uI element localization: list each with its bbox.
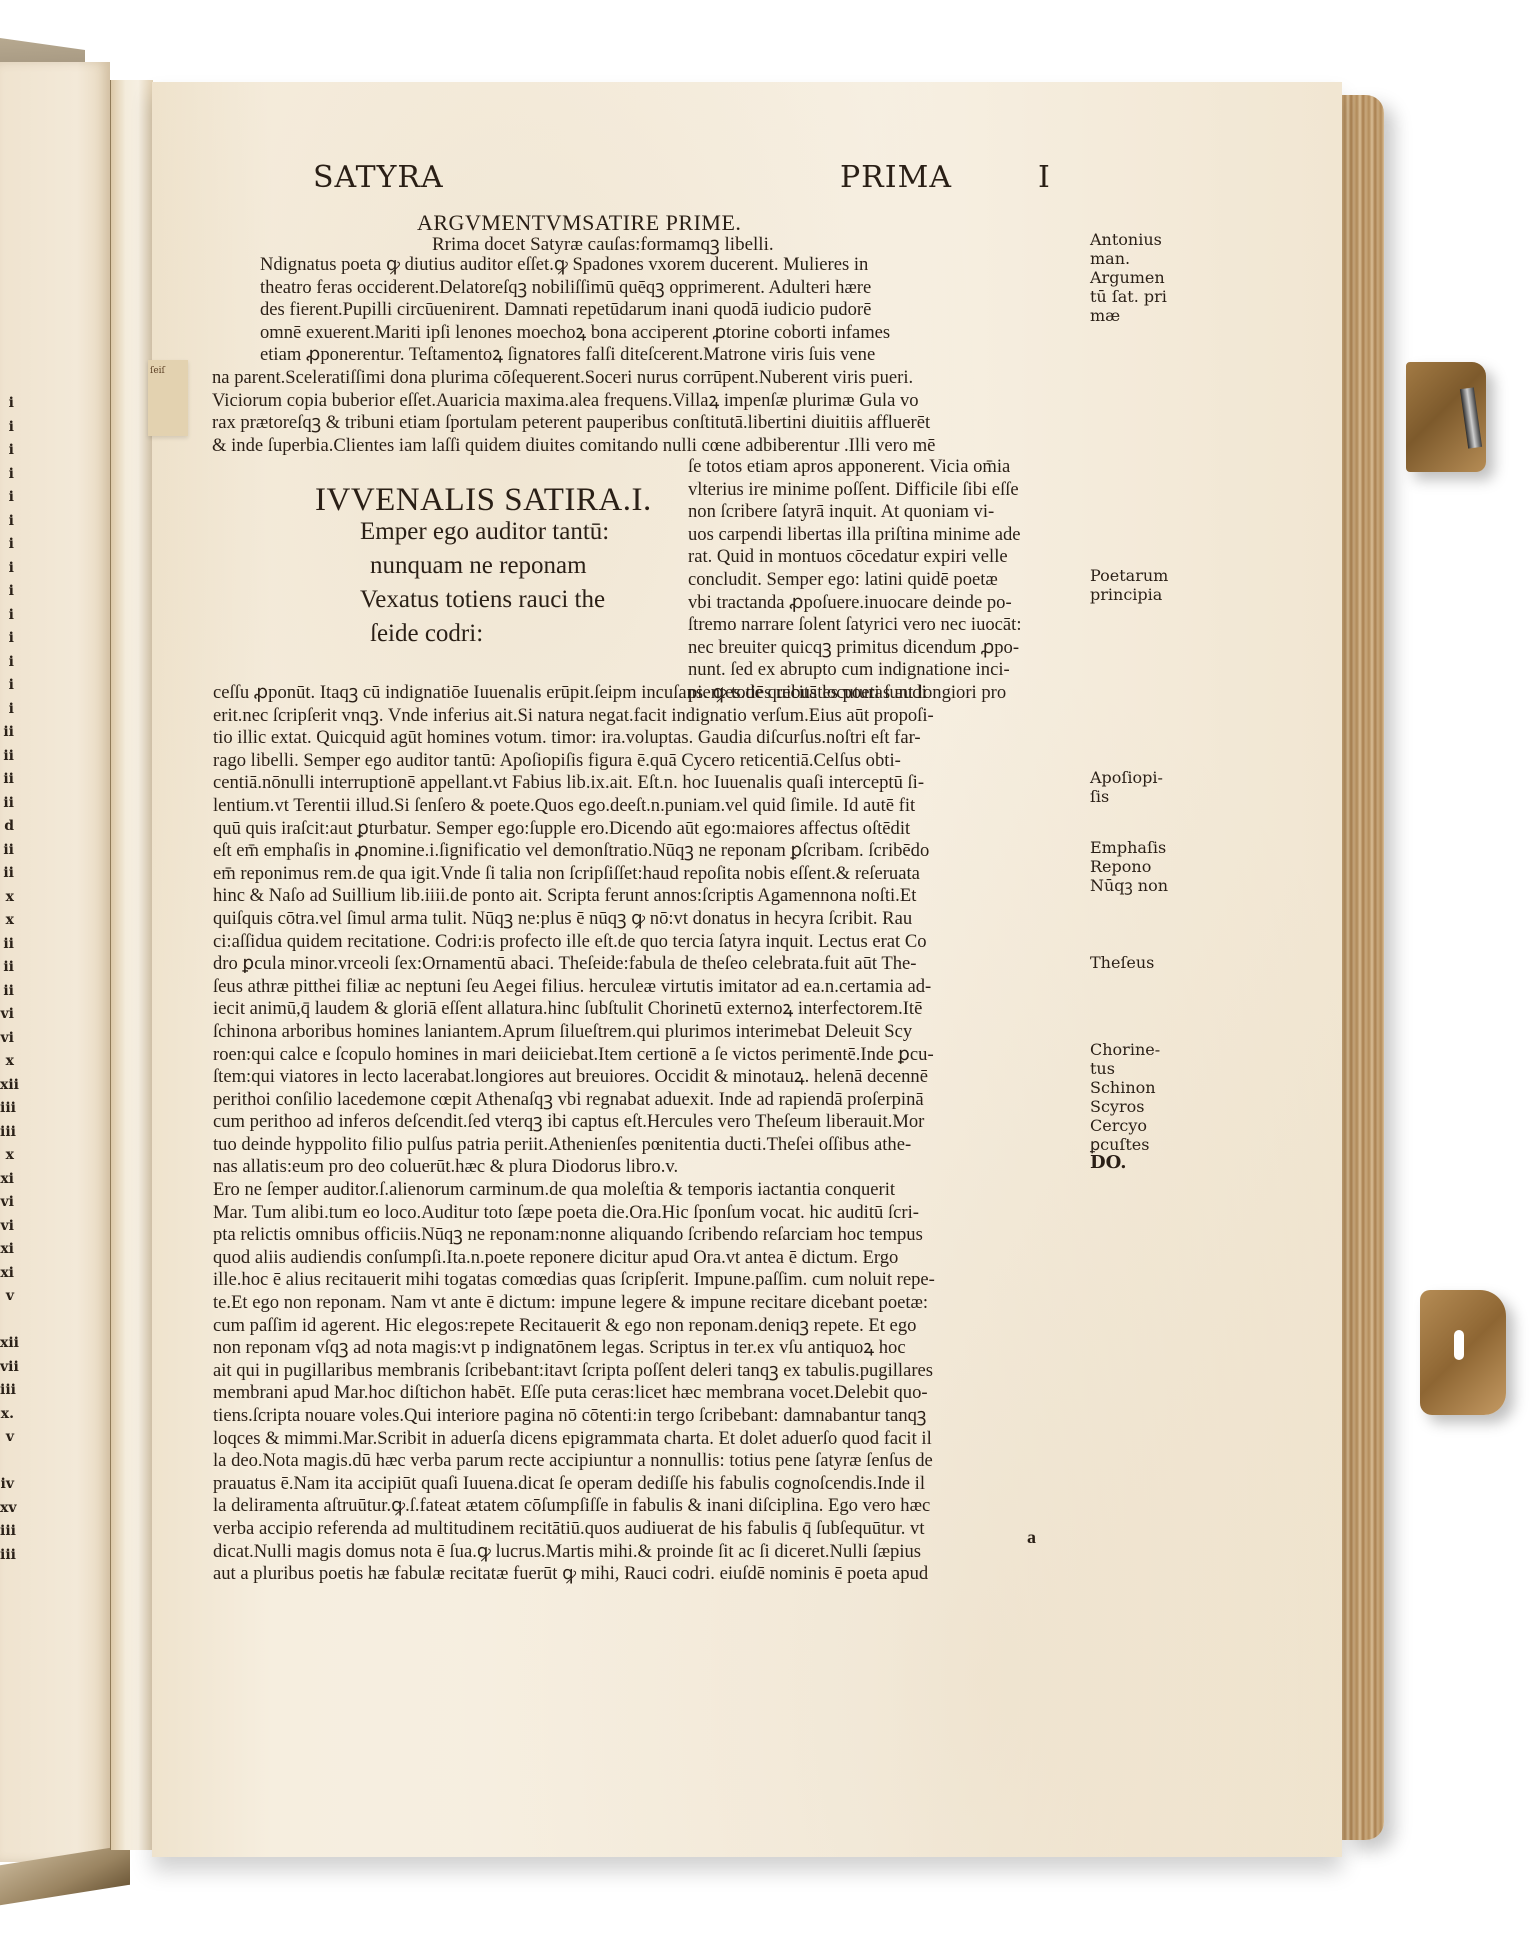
verse-text: Emper ego auditor tantū: nunquam ne repo…: [360, 515, 609, 651]
text-line: pta relictis omnibus officiis.Nūqꝫ ne re…: [213, 1224, 935, 1247]
left-margin-numeral: xv: [0, 1497, 14, 1521]
gutter-strip: [110, 80, 153, 1850]
left-margin-numeral: v: [0, 1426, 14, 1450]
verse-line: Emper ego auditor tantū:: [360, 515, 609, 549]
left-margin-numeral: i: [0, 439, 14, 463]
gutter-label-text: ſeiſ: [148, 360, 188, 382]
left-margin-numeral: i: [0, 510, 14, 534]
book-photograph: iiiiiiiiiiiiiiiiiiiiiidiiiixxiiiiiivivix…: [0, 0, 1536, 1950]
text-line: etiam ꝓponerentur. Teſtamentoꝝ ſignatore…: [260, 344, 935, 367]
left-margin-numeral: xii: [0, 1074, 14, 1098]
left-margin-numeral: xi: [0, 1168, 14, 1192]
clasp-bottom: [1420, 1290, 1506, 1415]
text-line: quod aliis audiendis conſumpſi.Ita.n.poe…: [213, 1247, 935, 1270]
left-margin-numeral: vi: [0, 1027, 14, 1051]
marginal-note-line: principia: [1090, 585, 1168, 604]
left-margin-numeral: vii: [0, 1356, 14, 1380]
marginal-note-line: Argumen: [1090, 268, 1167, 287]
left-margin-numeral: vi: [0, 1003, 14, 1027]
left-margin-numeral: i: [0, 463, 14, 487]
text-line: tio illic extat. Quicquid agūt homines v…: [213, 727, 935, 750]
text-line: tiens.ſcripta nouare voles.Qui interiore…: [213, 1405, 935, 1428]
marginal-note-line: Nūqꝫ non: [1090, 876, 1168, 895]
left-page-margin-numerals: iiiiiiiiiiiiiiiiiiiiiidiiiixxiiiiiivivix…: [0, 392, 14, 1567]
text-line: & inde ſuperbia.Clientes iam laſſi quide…: [212, 435, 935, 458]
text-line: dro ꝑcula minor.vrceoli ſex:Ornamentū ab…: [213, 953, 935, 976]
text-line: nas allatis:eum pro deo coluerūt.hæc & p…: [213, 1156, 935, 1179]
text-line: roen:qui calce e ſcopulo homines in mari…: [213, 1044, 935, 1067]
text-line: hinc & Naſo ad Suillium lib.iiii.de pont…: [213, 885, 935, 908]
left-margin-numeral: i: [0, 533, 14, 557]
marginal-note: Chorine-tusSchinonScyrosCercyoꝑcuſtes: [1090, 1040, 1160, 1154]
left-margin-numeral: x: [0, 886, 14, 910]
satire-heading: IVVENALIS SATIRA.I.: [315, 482, 652, 519]
text-line: membrani apud Mar.hoc diſtichon habēt. E…: [213, 1382, 935, 1405]
left-margin-numeral: ii: [0, 933, 14, 957]
left-margin-numeral: xi: [0, 1262, 14, 1286]
text-line: tuo deinde hyppolito filio pulſus patria…: [213, 1134, 935, 1157]
text-line: cum perithoo ad inferos deſcendit.ſed vt…: [213, 1111, 935, 1134]
text-line: la deliramenta aſtruūtur.ꝙ.ſ.fateat ætat…: [213, 1495, 935, 1518]
text-line: dicat.Nulli magis domus nota ē ſua.ꝙ luc…: [213, 1541, 935, 1564]
text-line: te.Et ego non reponam. Nam vt ante ē dic…: [213, 1292, 935, 1315]
left-margin-numeral: [0, 1309, 14, 1333]
marginal-note: Argumentū ſat. primæ: [1090, 268, 1167, 325]
left-margin-numeral: i: [0, 627, 14, 651]
verse-line: ſeide codri:: [360, 617, 609, 651]
marginal-note-line: Cercyo: [1090, 1116, 1160, 1135]
left-margin-numeral: x.: [0, 1403, 14, 1427]
text-line: rago libelli. Semper ego auditor tantū: …: [213, 750, 935, 773]
left-margin-numeral: xii: [0, 1332, 14, 1356]
marginal-note: Theſeus: [1090, 953, 1154, 972]
left-margin-numeral: iii: [0, 1544, 14, 1568]
left-margin-numeral: ii: [0, 792, 14, 816]
text-line: rax prætoreſqꝫ & tribuni etiam ſportulam…: [212, 412, 935, 435]
marginal-note: Antoniusman.: [1090, 230, 1162, 268]
text-line: centiā.nōnulli interruptionē appellant.v…: [213, 772, 935, 795]
marginal-note: DO.: [1090, 1153, 1127, 1172]
text-line: rat. Quid in montuos cōcedatur expiri ve…: [688, 546, 1022, 569]
marginal-note-line: DO.: [1090, 1153, 1127, 1172]
left-margin-numeral: i: [0, 698, 14, 722]
clasp-metal: [1460, 387, 1482, 448]
text-line: na parent.Sceleratiſſimi dona plurima cō…: [212, 367, 935, 390]
left-margin-numeral: i: [0, 486, 14, 510]
left-margin-numeral: i: [0, 580, 14, 604]
left-margin-numeral: iii: [0, 1379, 14, 1403]
left-margin-numeral: i: [0, 416, 14, 440]
text-line: omnē exuerent.Mariti ipſi lenones moecho…: [260, 322, 935, 345]
text-line: quiſquis cōtra.vel ſimul arma tulit. Nūq…: [213, 908, 935, 931]
marginal-note: Poetarumprincipia: [1090, 566, 1168, 604]
text-line: Mar. Tum alibi.tum eo loco.Auditur toto …: [213, 1202, 935, 1225]
left-margin-numeral: xi: [0, 1238, 14, 1262]
marginal-note-line: Antonius: [1090, 230, 1162, 249]
text-line: ſe totos etiam apros apponerent. Vicia o…: [688, 456, 1022, 479]
argument-subtitle: Rrima docet Satyræ cauſas:formamqꝫ libel…: [432, 230, 774, 256]
marginal-note-line: Chorine-: [1090, 1040, 1160, 1059]
left-margin-numeral: [0, 1450, 14, 1474]
text-line: iecit animū,q̄ laudem & gloriā eſſent al…: [213, 998, 935, 1021]
left-margin-numeral: ii: [0, 768, 14, 792]
marginal-note-line: Emphaſis: [1090, 838, 1168, 857]
gutter-label-slip: ſeiſ: [148, 360, 188, 436]
text-line: ait qui in pugillaribus membranis ſcribe…: [213, 1360, 935, 1383]
left-margin-numeral: vi: [0, 1191, 14, 1215]
marginal-note-line: Repono: [1090, 857, 1168, 876]
marginal-note-line: Apoſiopi-: [1090, 768, 1163, 787]
argument-text: Ndignatus poeta ꝙ diutius auditor eſſet.…: [260, 254, 935, 457]
left-margin-numeral: ii: [0, 980, 14, 1004]
text-line: Viciorum copia buberior eſſet.Auaricia m…: [212, 390, 935, 413]
left-margin-numeral: i: [0, 557, 14, 581]
left-margin-numeral: iii: [0, 1121, 14, 1145]
text-line: ſtem:qui viatores in lecto lacerabat.lon…: [213, 1066, 935, 1089]
text-line: ceſſu ꝓponūt. Itaqꝫ cū indignatiōe Iuuen…: [213, 682, 935, 705]
left-margin-numeral: ii: [0, 956, 14, 980]
text-line: loqces & mimmi.Mar.Scribit in aduerſa di…: [213, 1428, 935, 1451]
text-line: uos carpendi libertas illa priſtina mini…: [688, 524, 1022, 547]
left-margin-numeral: i: [0, 604, 14, 628]
text-line: nunt. ſed ex abrupto cum indignatione in…: [688, 659, 1022, 682]
text-line: Ero ne ſemper auditor.ſ.alienorum carmin…: [213, 1179, 935, 1202]
left-margin-numeral: x: [0, 1050, 14, 1074]
left-margin-numeral: ii: [0, 862, 14, 886]
left-margin-numeral: d: [0, 815, 14, 839]
text-line: ſtremo narrare ſolent ſatyrici vero nec …: [688, 614, 1022, 637]
text-line: lentium.vt Terentii illud.Si ſenſero & p…: [213, 795, 935, 818]
marginal-note-line: Scyros: [1090, 1097, 1160, 1116]
text-line: vlterius ire minime poſſent. Difficile ſ…: [688, 479, 1022, 502]
text-line: ille.hoc ē alius recitauerit mihi togata…: [213, 1269, 935, 1292]
left-page: iiiiiiiiiiiiiiiiiiiiiidiiiixxiiiiiivivix…: [0, 62, 110, 1862]
clasp-hole: [1454, 1330, 1464, 1360]
marginal-note-line: ſis: [1090, 787, 1163, 806]
text-line: ci:aſſidua quidem recitatione. Codri:is …: [213, 931, 935, 954]
text-line: vbi tractanda ꝓpoſuere.inuocare deinde p…: [688, 592, 1022, 615]
verse-line: nunquam ne reponam: [360, 549, 609, 583]
left-margin-numeral: x: [0, 1144, 14, 1168]
folio-number: I: [1038, 160, 1051, 195]
commentary-main: ceſſu ꝓponūt. Itaqꝫ cū indignatiōe Iuuen…: [213, 682, 935, 1586]
text-line: aut a pluribus poetis hæ fabulæ recitatæ…: [213, 1563, 935, 1586]
left-margin-numeral: iv: [0, 1473, 14, 1497]
text-line: eſt em̄ emphaſis in ꝓnomine.i.ſignificat…: [213, 840, 935, 863]
text-line: non reponam vſqꝫ ad nota magis:vt p indi…: [213, 1337, 935, 1360]
left-margin-numeral: vi: [0, 1215, 14, 1239]
marginal-note-line: man.: [1090, 249, 1162, 268]
left-margin-numeral: i: [0, 392, 14, 416]
marginal-note-line: Poetarum: [1090, 566, 1168, 585]
text-line: concludit. Semper ego: latini quidē poet…: [688, 569, 1022, 592]
left-margin-numeral: x: [0, 909, 14, 933]
text-line: la deo.Nota magis.dū hæc verba parum rec…: [213, 1450, 935, 1473]
marginal-note: EmphaſisReponoNūqꝫ non: [1090, 838, 1168, 895]
text-line: perithoi conſilio lacedemone cœpit Athen…: [213, 1089, 935, 1112]
marginal-note-line: mæ: [1090, 306, 1167, 325]
running-head-left: SATYRA: [313, 160, 444, 195]
running-head-center: PRIMA: [840, 160, 952, 195]
left-margin-numeral: iii: [0, 1520, 14, 1544]
left-margin-numeral: i: [0, 674, 14, 698]
text-line: nec breuiter quicqꝫ primitus dicendum ꝓp…: [688, 637, 1022, 660]
left-margin-numeral: ii: [0, 839, 14, 863]
left-margin-numeral: iii: [0, 1097, 14, 1121]
text-line: non ſcribere ſatyrā inquit. At quoniam v…: [688, 501, 1022, 524]
marginal-note-line: tū ſat. pri: [1090, 287, 1167, 306]
left-margin-numeral: ii: [0, 745, 14, 769]
marginal-note-line: tus: [1090, 1059, 1160, 1078]
text-line: prauatus ē.Nam ita accipiūt quaſi Iuuena…: [213, 1473, 935, 1496]
text-line: verba accipio referenda ad multitudinem …: [213, 1518, 935, 1541]
clasp-top: [1406, 362, 1486, 472]
marginal-note: Apoſiopi-ſis: [1090, 768, 1163, 806]
fore-edge: [1342, 95, 1384, 1840]
left-margin-numeral: ii: [0, 721, 14, 745]
text-line: des fierent.Pupilli circūuenirent. Damna…: [260, 299, 935, 322]
text-line: erit.nec ſcripſerit vnqꝫ. Vnde inferius …: [213, 705, 935, 728]
verse-line: Vexatus totiens rauci the: [360, 583, 609, 617]
text-line: ſchinona arboribus homines laniantem.Apr…: [213, 1021, 935, 1044]
text-line: ſeus athræ pitthei filiæ ac neptuni ſeu …: [213, 976, 935, 999]
marginal-note-line: Theſeus: [1090, 953, 1154, 972]
left-margin-numeral: i: [0, 651, 14, 675]
text-line: cum paſſim id agerent. Hic elegos:repete…: [213, 1315, 935, 1338]
text-line: quū quis iraſcit:aut ꝑturbatur. Semper e…: [213, 818, 935, 841]
left-margin-numeral: v: [0, 1285, 14, 1309]
text-line: em̄ reponimus rem.de qua igit.Vnde ſi ta…: [213, 863, 935, 886]
commentary-right-column: ſe totos etiam apros apponerent. Vicia o…: [688, 456, 1022, 705]
text-line: Ndignatus poeta ꝙ diutius auditor eſſet.…: [260, 254, 935, 277]
marginal-note-line: Schinon: [1090, 1078, 1160, 1097]
text-line: theatro feras occiderent.Delatoreſqꝫ nob…: [260, 277, 935, 300]
signature-mark: a: [1027, 1527, 1036, 1548]
